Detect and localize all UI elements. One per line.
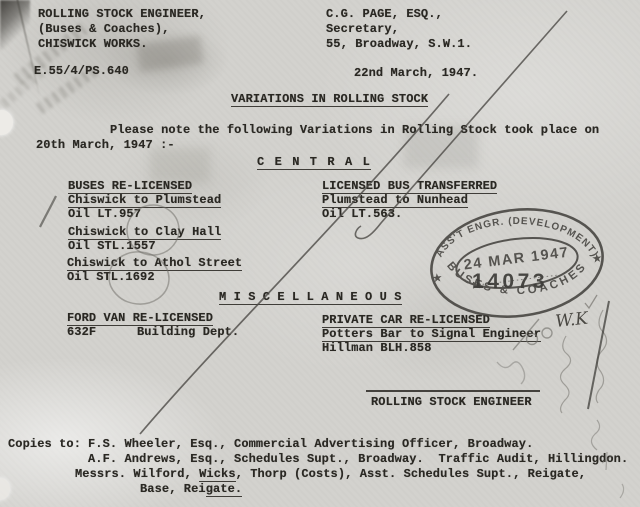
star-icon: ★ bbox=[431, 270, 443, 285]
pencil-scribble bbox=[497, 319, 552, 384]
stamp-serial-number: 14073 bbox=[472, 270, 548, 293]
pencil-scribble bbox=[620, 484, 624, 498]
initials-mark: W.K bbox=[554, 309, 590, 332]
pencil-diagonal-line bbox=[140, 94, 449, 434]
pencil-diagonal-line bbox=[355, 11, 567, 239]
date-stamp: ASS'T ENGR. (DEVELOPMENT) BUSES & COACHE… bbox=[425, 200, 609, 326]
annotation-layer: W.K ASS'T ENGR. (DEVELOPMENT) BUSES & CO… bbox=[0, 0, 640, 507]
scanned-memo: ROLLING STOCK ENGINEER, (Buses & Coaches… bbox=[0, 0, 640, 507]
pen-stroke bbox=[588, 301, 609, 409]
pencil-scribble bbox=[602, 452, 612, 470]
pencil-circle bbox=[124, 202, 182, 259]
star-icon: ★ bbox=[591, 251, 603, 266]
pencil-circle bbox=[106, 249, 171, 307]
pencil-scribble bbox=[591, 420, 599, 450]
check-tick bbox=[40, 196, 56, 227]
pencil-scribble bbox=[561, 336, 571, 413]
pencil-scribble bbox=[585, 295, 597, 308]
handwritten-marks: W.K bbox=[554, 295, 623, 498]
